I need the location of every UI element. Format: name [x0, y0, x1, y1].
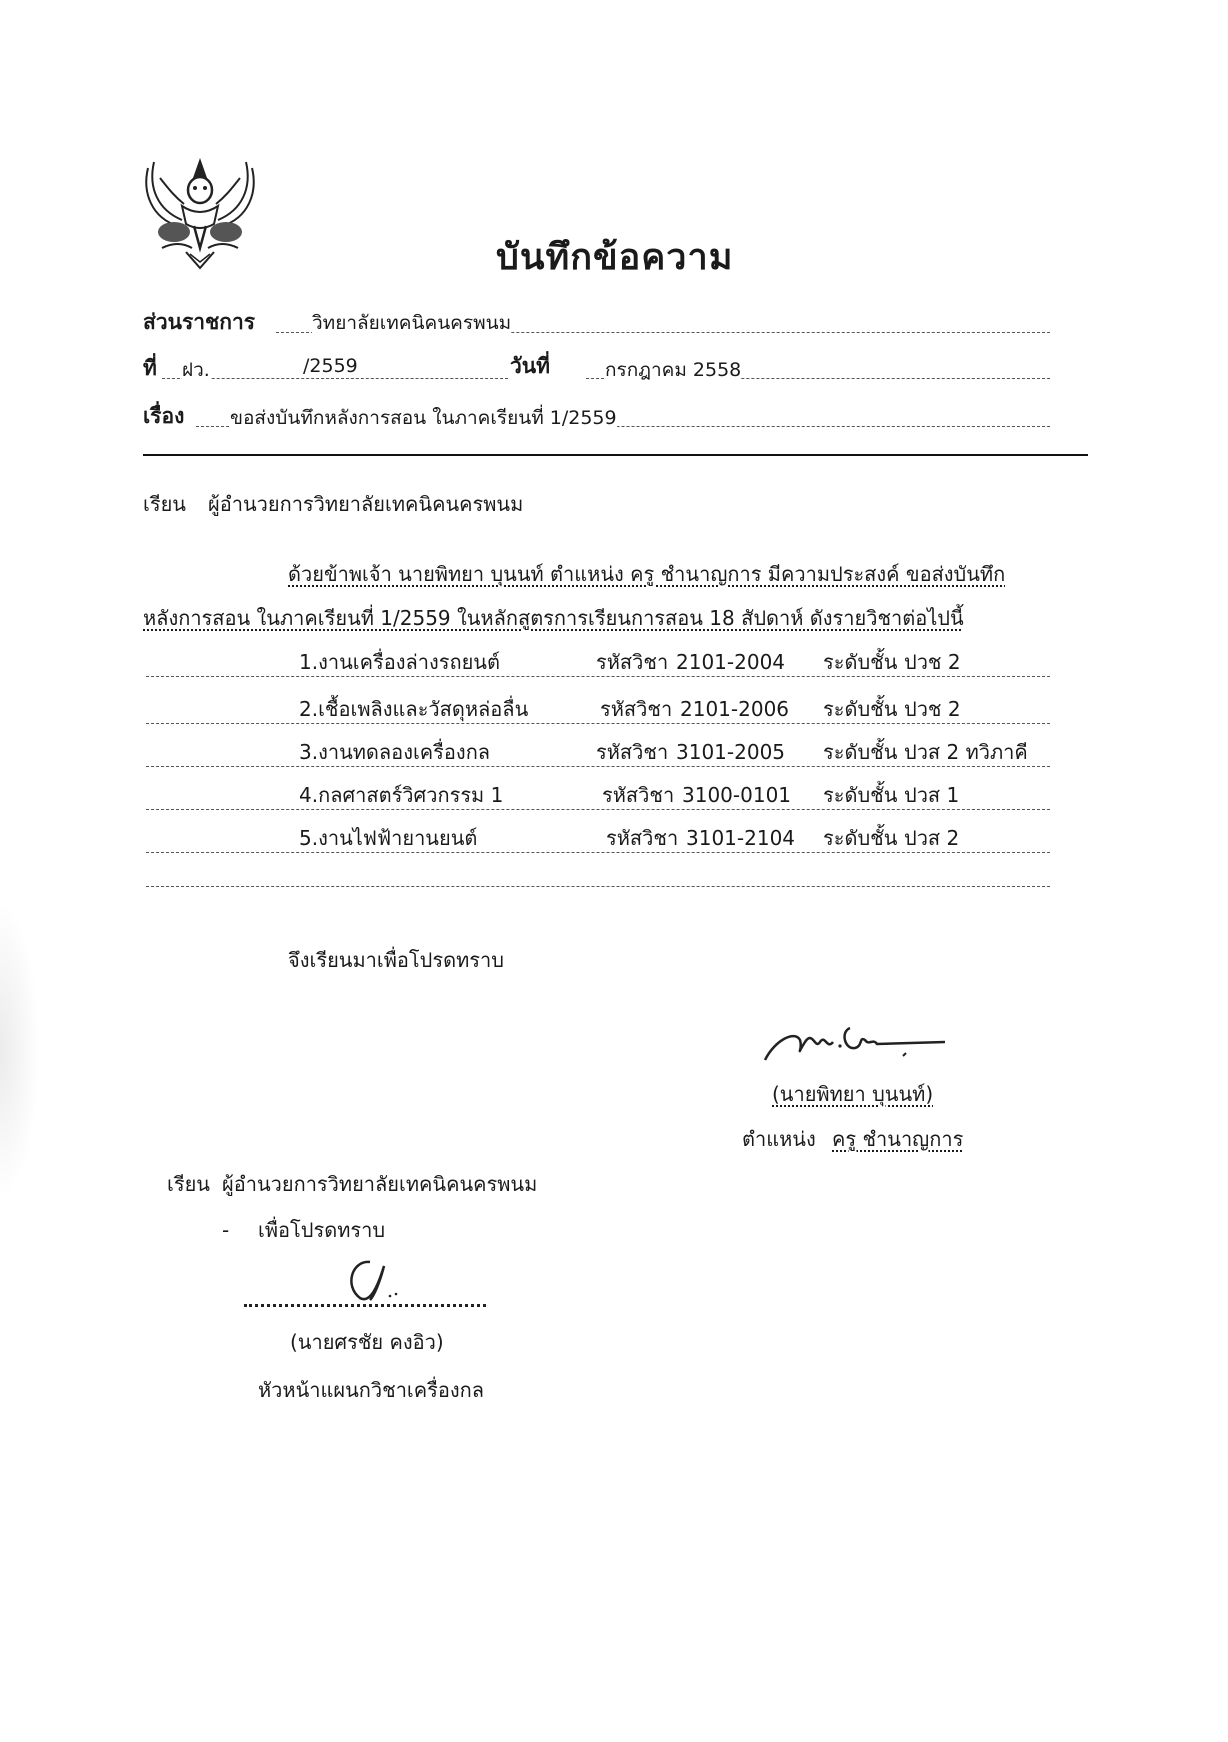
body-line-1: ด้วยข้าพเจ้า นายพิทยา บุนนท์ ตำแหน่ง ครู… — [288, 562, 1005, 586]
document-title: บันทึกข้อความ — [496, 228, 733, 285]
course-name: 4.กลศาสตร์วิศวกรรม 1 — [299, 783, 503, 807]
date-value: กรกฎาคม 2558 — [605, 355, 741, 385]
subject-value: ขอส่งบันทึกหลังการสอน ในภาคเรียนที่ 1/25… — [230, 403, 617, 433]
course-code-label: รหัสวิชา — [602, 783, 674, 807]
course-code: 3101-2104 — [686, 826, 795, 850]
blank-dotted-line — [146, 886, 1050, 887]
course-code-label: รหัสวิชา — [596, 650, 668, 674]
endorser-signature-line — [244, 1304, 486, 1307]
course-name: 5.งานไฟฟ้ายานยนต์ — [299, 826, 477, 850]
salutation-label: เรียน — [143, 492, 186, 516]
signer-name: (นายพิทยา บุนนท์) — [772, 1082, 933, 1106]
course-level-label: ระดับชั้น — [823, 740, 897, 764]
endorsement-to-value: ผู้อำนวยการวิทยาลัยเทคนิคนครพนม — [222, 1172, 537, 1196]
course-level: ปวช 2 — [904, 650, 961, 674]
course-level: ปวช 2 — [904, 697, 961, 721]
ref-prefix: ฝว. — [182, 355, 210, 385]
course-level-label: ระดับชั้น — [823, 650, 897, 674]
course-name: 3.งานทดลองเครื่องกล — [299, 740, 490, 764]
ref-label: ที่ — [143, 352, 157, 385]
date-label: วันที่ — [510, 350, 550, 383]
ref-dotted-line — [162, 378, 508, 379]
course-dotted-line — [146, 809, 1050, 810]
agency-label: ส่วนราชการ — [143, 306, 255, 339]
endorsement-note: เพื่อโปรดทราบ — [258, 1218, 385, 1242]
signer-signature-icon — [755, 1020, 955, 1070]
course-level-label: ระดับชั้น — [823, 783, 897, 807]
subject-label: เรื่อง — [143, 400, 184, 433]
endorsement-bullet: - — [222, 1218, 229, 1242]
endorser-signature-icon — [340, 1256, 420, 1306]
course-name: 2.เชื้อเพลิงและวัสดุหล่อลื่น — [299, 697, 528, 721]
course-code: 2101-2006 — [680, 697, 789, 721]
closing-text: จึงเรียนมาเพื่อโปรดทราบ — [288, 948, 504, 972]
endorsement-to-label: เรียน — [167, 1172, 210, 1196]
agency-value: วิทยาลัยเทคนิคนครพนม — [312, 308, 511, 338]
endorser-name: (นายศรชัย คงอิว) — [290, 1330, 444, 1354]
course-name: 1.งานเครื่องล่างรถยนต์ — [299, 650, 500, 674]
course-code-label: รหัสวิชา — [596, 740, 668, 764]
course-code-label: รหัสวิชา — [606, 826, 678, 850]
course-level-label: ระดับชั้น — [823, 826, 897, 850]
endorser-position: หัวหน้าแผนกวิชาเครื่องกล — [258, 1378, 484, 1402]
course-code: 2101-2004 — [676, 650, 785, 674]
course-level-label: ระดับชั้น — [823, 697, 897, 721]
scan-artifact — [0, 900, 40, 1200]
course-dotted-line — [146, 766, 1050, 767]
header-divider — [143, 454, 1088, 456]
course-code: 3101-2005 — [676, 740, 785, 764]
course-dotted-line — [146, 676, 1050, 677]
course-level: ปวส 1 — [904, 783, 959, 807]
course-code-label: รหัสวิชา — [600, 697, 672, 721]
course-dotted-line — [146, 852, 1050, 853]
salutation-recipient: ผู้อำนวยการวิทยาลัยเทคนิคนครพนม — [208, 492, 523, 516]
course-level: ปวส 2 ทวิภาคี — [904, 740, 1028, 764]
course-level: ปวส 2 — [904, 826, 959, 850]
course-dotted-line — [146, 723, 1050, 724]
garuda-emblem-icon — [138, 148, 262, 272]
signer-position-label: ตำแหน่ง — [742, 1127, 816, 1151]
signer-position-value: ครู ชำนาญการ — [832, 1127, 963, 1151]
course-code: 3100-0101 — [682, 783, 791, 807]
body-line-2: หลังการสอน ในภาคเรียนที่ 1/2559 ในหลักสู… — [143, 606, 964, 630]
ref-number: /2559 — [303, 355, 358, 377]
